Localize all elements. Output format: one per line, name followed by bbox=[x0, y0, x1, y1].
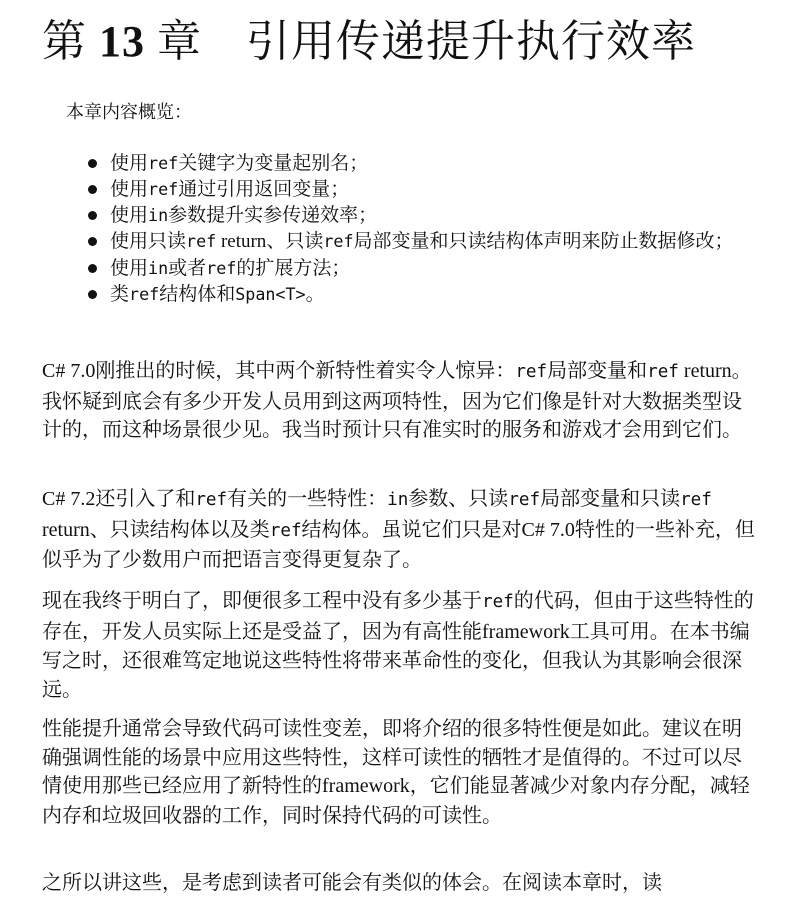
overview-item: 使用in参数提升实参传递效率； bbox=[86, 202, 746, 228]
overview-item: 使用只读ref return、只读ref局部变量和只读结构体声明来防止数据修改； bbox=[86, 228, 746, 255]
overview-item: 使用ref通过引用返回变量； bbox=[86, 176, 746, 202]
body-paragraph-5: 之所以讲这些，是考虑到读者可能会有类似的体会。在阅读本章时，读 bbox=[42, 868, 758, 897]
overview-item: 使用ref关键字为变量起别名； bbox=[86, 150, 746, 176]
document-page: 第 13 章引用传递提升执行效率 本章内容概览： 使用ref关键字为变量起别名；… bbox=[0, 0, 790, 898]
overview-label: 本章内容概览： bbox=[66, 100, 192, 126]
bullet-icon bbox=[88, 237, 97, 246]
bullet-icon bbox=[88, 264, 97, 273]
body-paragraph-1: C# 7.0刚推出的时候，其中两个新特性着实令人惊异：ref局部变量和ref r… bbox=[42, 356, 758, 444]
body-paragraph-4: 性能提升通常会导致代码可读性变差，即将介绍的很多特性便是如此。建议在明确强调性能… bbox=[42, 714, 758, 829]
overview-item: 类ref结构体和Span<T>。 bbox=[86, 281, 746, 307]
bullet-icon bbox=[88, 185, 97, 194]
chapter-number: 13 bbox=[87, 17, 157, 66]
overview-list: 使用ref关键字为变量起别名； 使用ref通过引用返回变量； 使用in参数提升实… bbox=[86, 150, 746, 307]
chapter-heading-text: 引用传递提升执行效率 bbox=[246, 17, 696, 66]
chapter-suffix: 章 bbox=[157, 17, 202, 66]
chapter-prefix: 第 bbox=[42, 17, 87, 66]
bullet-icon bbox=[88, 290, 97, 299]
body-paragraph-2: C# 7.2还引入了和ref有关的一些特性：in参数、只读ref局部变量和只读r… bbox=[42, 484, 758, 574]
bullet-icon bbox=[88, 211, 97, 220]
chapter-title: 第 13 章引用传递提升执行效率 bbox=[42, 12, 696, 72]
overview-item: 使用in或者ref的扩展方法； bbox=[86, 255, 746, 281]
body-paragraph-3: 现在我终于明白了，即便很多工程中没有多少基于ref的代码，但由于这些特性的存在，… bbox=[42, 586, 758, 703]
bullet-icon bbox=[88, 159, 97, 168]
